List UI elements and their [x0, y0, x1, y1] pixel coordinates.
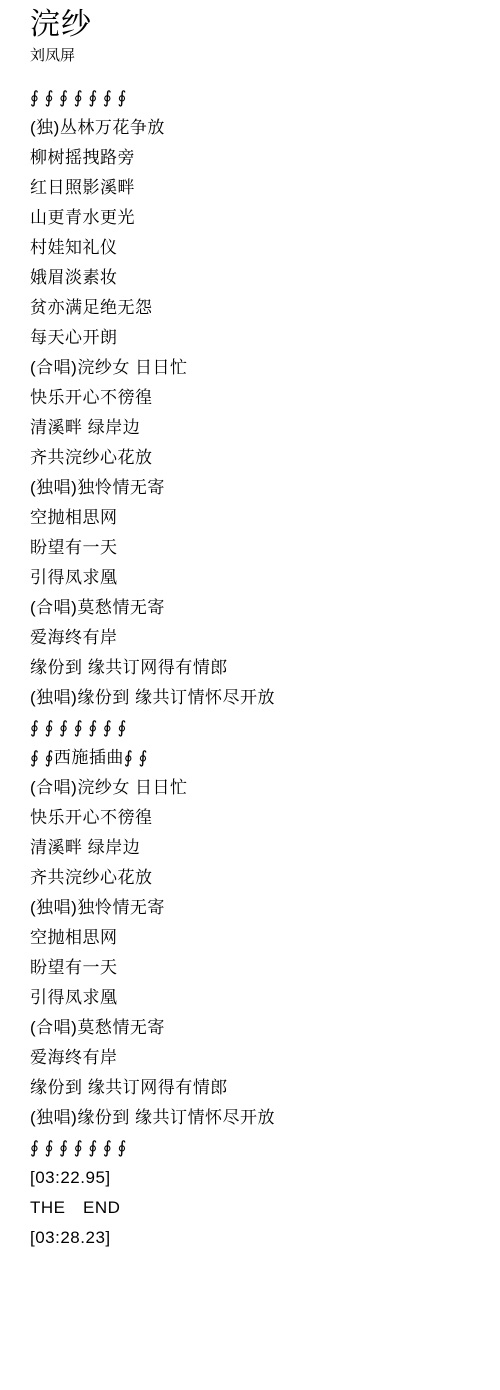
- lyrics-line: 引得凤求凰: [30, 563, 480, 593]
- lyrics-line: (独唱)缘份到 缘共订情怀尽开放: [30, 1103, 480, 1133]
- lyrics-line: (独唱)独怜情无寄: [30, 473, 480, 503]
- lyrics-page: 浣纱 刘凤屏 ∮ ∮ ∮ ∮ ∮ ∮ ∮(独)丛林万花争放柳树摇拽路旁红日照影溪…: [0, 0, 500, 1390]
- lyrics-line: (合唱)莫愁情无寄: [30, 1013, 480, 1043]
- lyrics-line: (合唱)浣纱女 日日忙: [30, 773, 480, 803]
- lyrics-line: 红日照影溪畔: [30, 173, 480, 203]
- lyrics-line: 引得凤求凰: [30, 983, 480, 1013]
- lyrics-line: 清溪畔 绿岸边: [30, 833, 480, 863]
- lyrics-line: (独唱)缘份到 缘共订情怀尽开放: [30, 683, 480, 713]
- lyrics-line: 盼望有一天: [30, 953, 480, 983]
- timestamp-line: [03:28.23]: [30, 1223, 480, 1253]
- lyrics-line: 空抛相思网: [30, 503, 480, 533]
- lyrics-line: 缘份到 缘共订网得有情郎: [30, 653, 480, 683]
- lyrics-line: 山更青水更光: [30, 203, 480, 233]
- timestamp-line: [03:22.95]: [30, 1163, 480, 1193]
- lyrics-line: 爱海终有岸: [30, 1043, 480, 1073]
- lyrics-line: 柳树摇拽路旁: [30, 143, 480, 173]
- page-title: 浣纱: [30, 6, 480, 44]
- lyrics-line: 清溪畔 绿岸边: [30, 413, 480, 443]
- lyrics-line: 盼望有一天: [30, 533, 480, 563]
- lyrics-line: 娥眉淡素妆: [30, 263, 480, 293]
- lyrics-line: 贫亦满足绝无怨: [30, 293, 480, 323]
- lyrics-line: (合唱)浣纱女 日日忙: [30, 353, 480, 383]
- lyrics-line: 缘份到 缘共订网得有情郎: [30, 1073, 480, 1103]
- lyrics-line: 齐共浣纱心花放: [30, 443, 480, 473]
- music-notes-line: ∮ ∮ ∮ ∮ ∮ ∮ ∮: [30, 1133, 480, 1163]
- lyrics-line: 村娃知礼仪: [30, 233, 480, 263]
- music-notes-line: ∮ ∮ ∮ ∮ ∮ ∮ ∮: [30, 713, 480, 743]
- lyrics-list: ∮ ∮ ∮ ∮ ∮ ∮ ∮(独)丛林万花争放柳树摇拽路旁红日照影溪畔山更青水更光…: [30, 83, 480, 1253]
- lyrics-line: ∮ ∮西施插曲∮ ∮: [30, 743, 480, 773]
- lyrics-line: (合唱)莫愁情无寄: [30, 593, 480, 623]
- lyrics-line: 齐共浣纱心花放: [30, 863, 480, 893]
- lyrics-line: 爱海终有岸: [30, 623, 480, 653]
- music-notes-line: ∮ ∮ ∮ ∮ ∮ ∮ ∮: [30, 83, 480, 113]
- lyrics-line: 空抛相思网: [30, 923, 480, 953]
- lyrics-line: (独)丛林万花争放: [30, 113, 480, 143]
- lyrics-line: 快乐开心不徬徨: [30, 383, 480, 413]
- lyrics-line: (独唱)独怜情无寄: [30, 893, 480, 923]
- lyrics-line: THE END: [30, 1193, 480, 1223]
- artist-name: 刘凤屏: [30, 46, 480, 66]
- lyrics-line: 每天心开朗: [30, 323, 480, 353]
- lyrics-line: 快乐开心不徬徨: [30, 803, 480, 833]
